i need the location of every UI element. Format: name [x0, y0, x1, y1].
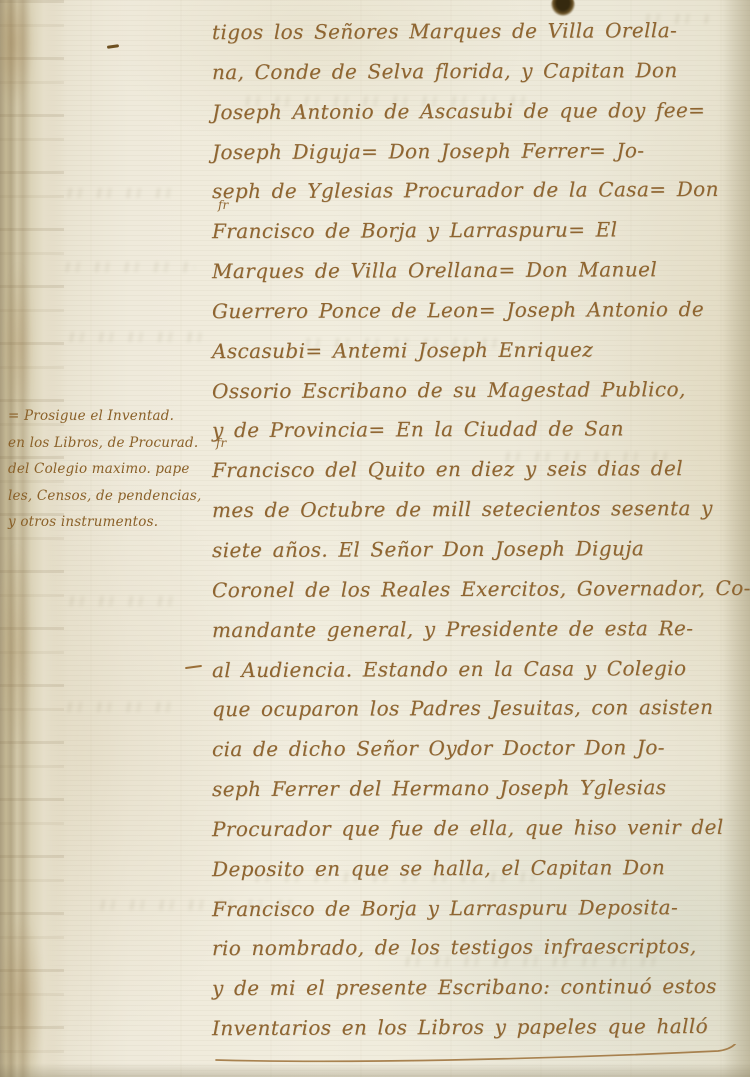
- manuscript-line: mandante general, y Presidente de esta R…: [212, 609, 734, 651]
- manuscript-page: = Prosigue el Inventad.en los Libros, de…: [0, 0, 750, 1077]
- manuscript-line: mes de Octubre de mill setecientos sesen…: [212, 489, 734, 531]
- manuscript-line: Francisco del Quito en diez y seis dias …: [212, 449, 734, 491]
- manuscript-line: Francisco de Borja y Larraspuru Deposita…: [212, 887, 734, 929]
- manuscript-line: Procurador que fue de ella, que hiso ven…: [212, 808, 734, 850]
- manuscript-line: tigos los Señores Marques de Villa Orell…: [212, 11, 734, 53]
- manuscript-line: Ossorio Escribano de su Magestad Publico…: [212, 369, 734, 411]
- manuscript-line: y de mi el presente Escribano: continuó …: [212, 967, 734, 1009]
- manuscript-line: siete años. El Señor Don Joseph Diguja: [212, 529, 734, 571]
- manuscript-line: seph Ferrer del Hermano Joseph Yglesias: [212, 768, 734, 810]
- ink-speck: [107, 44, 119, 49]
- manuscript-line: Marques de Villa Orellana= Don Manuel: [212, 250, 734, 292]
- manuscript-line: Joseph Diguja= Don Joseph Ferrer= Jo-: [212, 130, 734, 172]
- margin-note: = Prosigue el Inventad.en los Libros, de…: [8, 403, 220, 536]
- manuscript-line: Francisco de Borja y Larraspuru= El: [212, 210, 734, 252]
- manuscript-line: Inventarios en los Libros y papeles que …: [212, 1007, 734, 1049]
- manuscript-body: tigos los Señores Marques de Villa Orell…: [212, 12, 734, 1048]
- manuscript-line: rio nombrado, de los testigos infraescri…: [212, 927, 734, 969]
- manuscript-line: na, Conde de Selva florida, y Capitan Do…: [212, 51, 734, 93]
- flourish-rule: [212, 1044, 748, 1066]
- manuscript-line: Joseph Antonio de Ascasubi de que doy fe…: [212, 91, 734, 133]
- margin-note-line: en los Libros, de Procurad.: [8, 430, 220, 457]
- margin-dash: [185, 665, 202, 669]
- bleedthrough-mark: [64, 332, 204, 342]
- bleedthrough-mark: [62, 188, 182, 198]
- manuscript-line: y de Provincia= En la Ciudad de San: [212, 409, 734, 451]
- manuscript-line: al Audiencia. Estando en la Casa y Coleg…: [212, 648, 734, 690]
- margin-note-line: les, Censos, de pendencias,: [8, 483, 220, 510]
- manuscript-line: Guerrero Ponce de Leon= Joseph Antonio d…: [212, 290, 734, 332]
- manuscript-line: que ocuparon los Padres Jesuitas, con as…: [212, 688, 734, 730]
- bleedthrough-mark: [60, 262, 195, 272]
- manuscript-line: seph de Yglesias Procurador de la Casa= …: [212, 170, 734, 212]
- binding-stain: [0, 0, 46, 1077]
- bleedthrough-mark: [62, 702, 182, 712]
- margin-note-line: del Colegio maximo. pape: [8, 456, 220, 483]
- bleedthrough-mark: [64, 596, 184, 606]
- margin-note-line: = Prosigue el Inventad.: [8, 403, 220, 430]
- margin-note-line: y otros instrumentos.: [8, 509, 220, 536]
- manuscript-line: Coronel de los Reales Exercitos, Governa…: [212, 569, 734, 611]
- manuscript-line: Ascasubi= Antemi Joseph Enriquez: [212, 330, 734, 372]
- manuscript-line: Deposito en que se halla, el Capitan Don: [212, 848, 734, 890]
- manuscript-line: cia de dicho Señor Oydor Doctor Don Jo-: [212, 728, 734, 770]
